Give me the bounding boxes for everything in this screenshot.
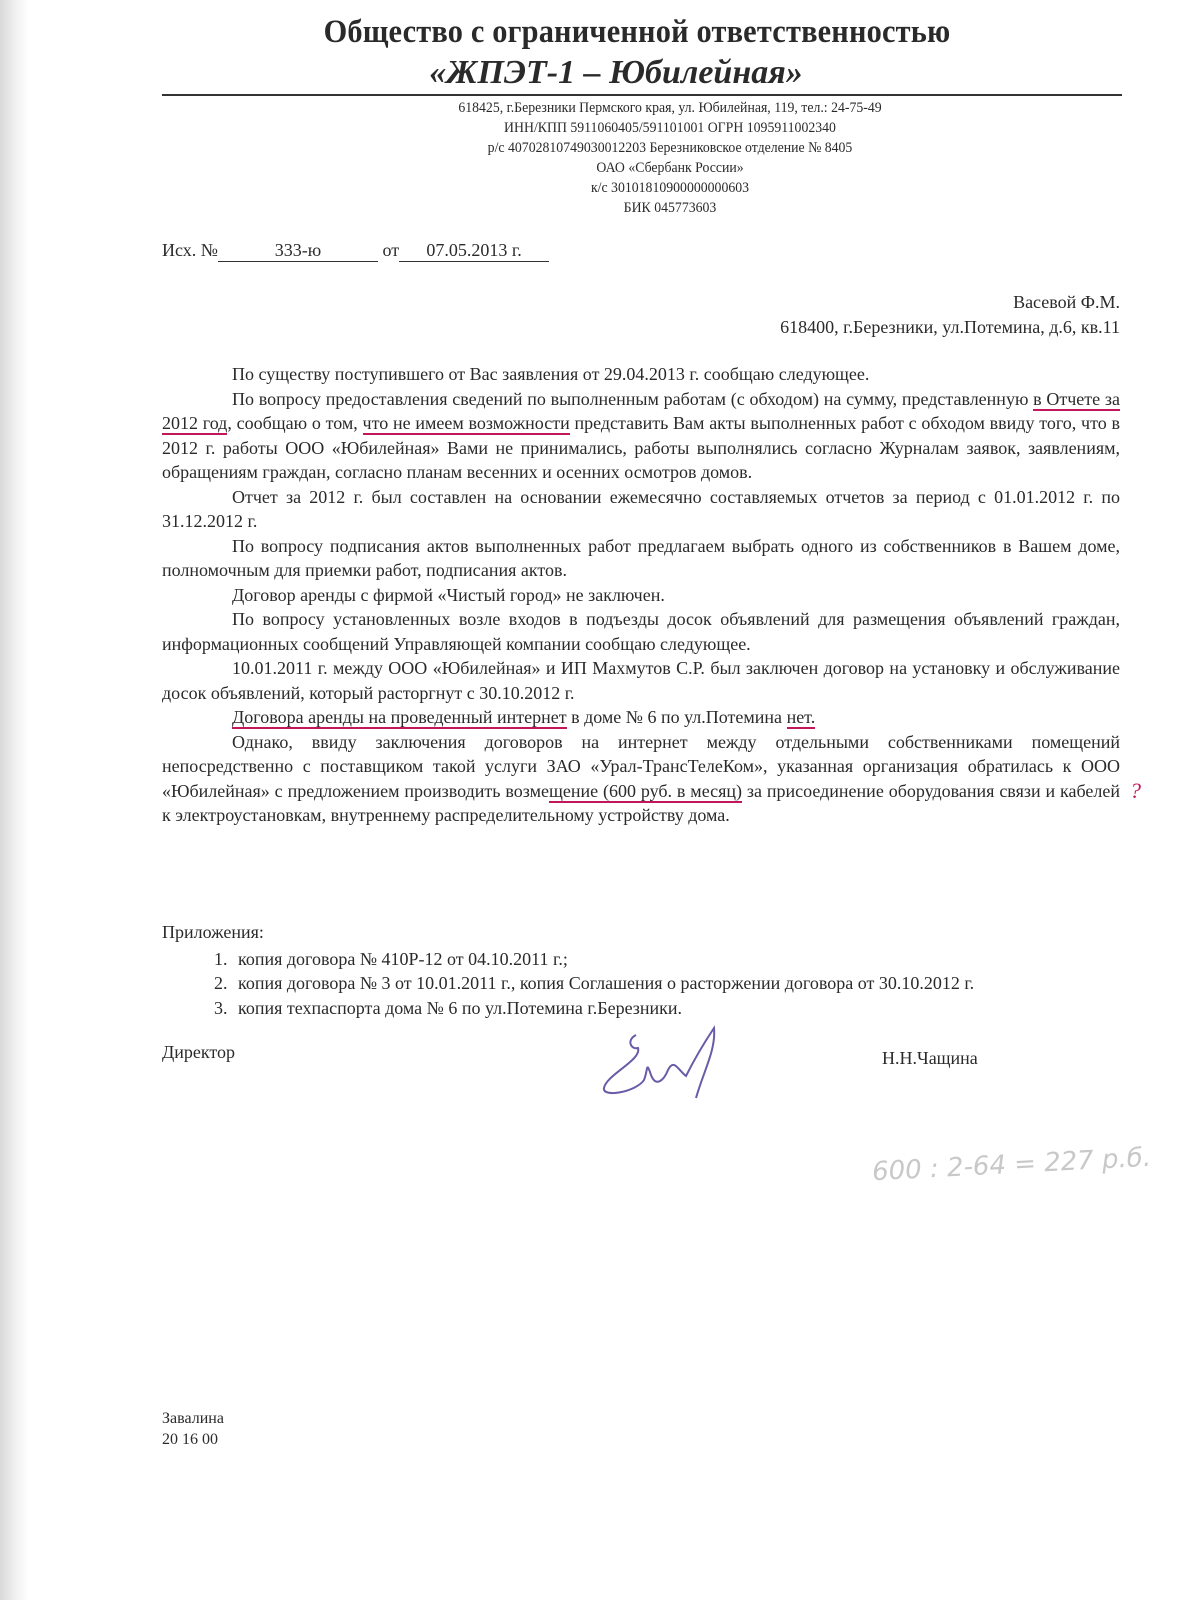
outgoing-date: 07.05.2013 г. [399,240,549,262]
signature-scribble-icon [596,1020,746,1100]
requisite-corr-account: к/с 30101810900000000603 [293,178,1047,198]
requisite-address: 618425, г.Березники Пермского края, ул. … [293,98,1047,118]
paragraph: Однако, ввиду заключения договоров на ин… [162,730,1120,828]
attachments-title: Приложения: [162,920,974,945]
recipient-block: Васевой Ф.М. 618400, г.Березники, ул.Пот… [780,290,1120,340]
header-divider [162,94,1122,96]
highlight: что не имеем возможности [363,413,570,435]
outgoing-from-label: от [382,240,399,260]
attachments: Приложения: копия договора № 410Р-12 от … [162,920,974,1020]
attachment-item: копия техпаспорта дома № 6 по ул.Потемин… [232,996,974,1021]
outgoing-reference: Исх. №333-ю от07.05.2013 г. [162,240,549,262]
signer-name: Н.Н.Чащина [882,1048,978,1069]
outgoing-number: 333-ю [218,240,378,262]
executor-name: Завалина [162,1408,224,1429]
signer-position: Директор [162,1042,235,1063]
company-requisites: 618425, г.Березники Пермского края, ул. … [260,98,1080,218]
recipient-address: 618400, г.Березники, ул.Потемина, д.6, к… [780,315,1120,340]
paragraph: 10.01.2011 г. между ООО «Юбилейная» и ИП… [162,656,1120,705]
highlight: нет. [787,707,816,729]
highlight: Договора аренды на проведенный интернет [232,707,567,729]
pencil-note: 600 : 2-64 = 227 р.б. [871,1143,1151,1188]
requisite-bank: ОАО «Сбербанк России» [293,158,1047,178]
paragraph: По вопросу предоставления сведений по вы… [162,387,1120,485]
recipient-name: Васевой Ф.М. [780,290,1120,315]
letter-body: По существу поступившего от Вас заявлени… [162,362,1120,828]
paragraph: По вопросу подписания актов выполненных … [162,534,1120,583]
requisite-account: р/с 40702810749030012203 Березниковское … [293,138,1047,158]
executor-phone: 20 16 00 [162,1429,224,1450]
paragraph: По существу поступившего от Вас заявлени… [162,362,1120,387]
outgoing-label: Исх. № [162,240,218,260]
paragraph: Договор аренды с фирмой «Чистый город» н… [162,583,1120,608]
scan-edge-shadow [0,0,28,1600]
company-title-line1: Общество с ограниченной ответственностью [47,14,1134,51]
highlight: щение (600 руб. в месяц) [549,781,742,803]
paragraph: Договора аренды на проведенный интернет … [162,705,1120,730]
executor-block: Завалина 20 16 00 [162,1408,224,1450]
attachment-item: копия договора № 410Р-12 от 04.10.2011 г… [232,947,974,972]
paragraph: По вопросу установленных возле входов в … [162,607,1120,656]
attachment-item: копия договора № 3 от 10.01.2011 г., коп… [232,971,974,996]
handwritten-question-mark: ? [1130,778,1141,804]
requisite-bik: БИК 045773603 [293,198,1047,218]
company-title-line2: «ЖПЭТ-1 – Юбилейная» [0,54,1182,92]
requisite-inn: ИНН/КПП 5911060405/591101001 ОГРН 109591… [293,118,1047,138]
paragraph: Отчет за 2012 г. был составлен на основа… [162,485,1120,534]
